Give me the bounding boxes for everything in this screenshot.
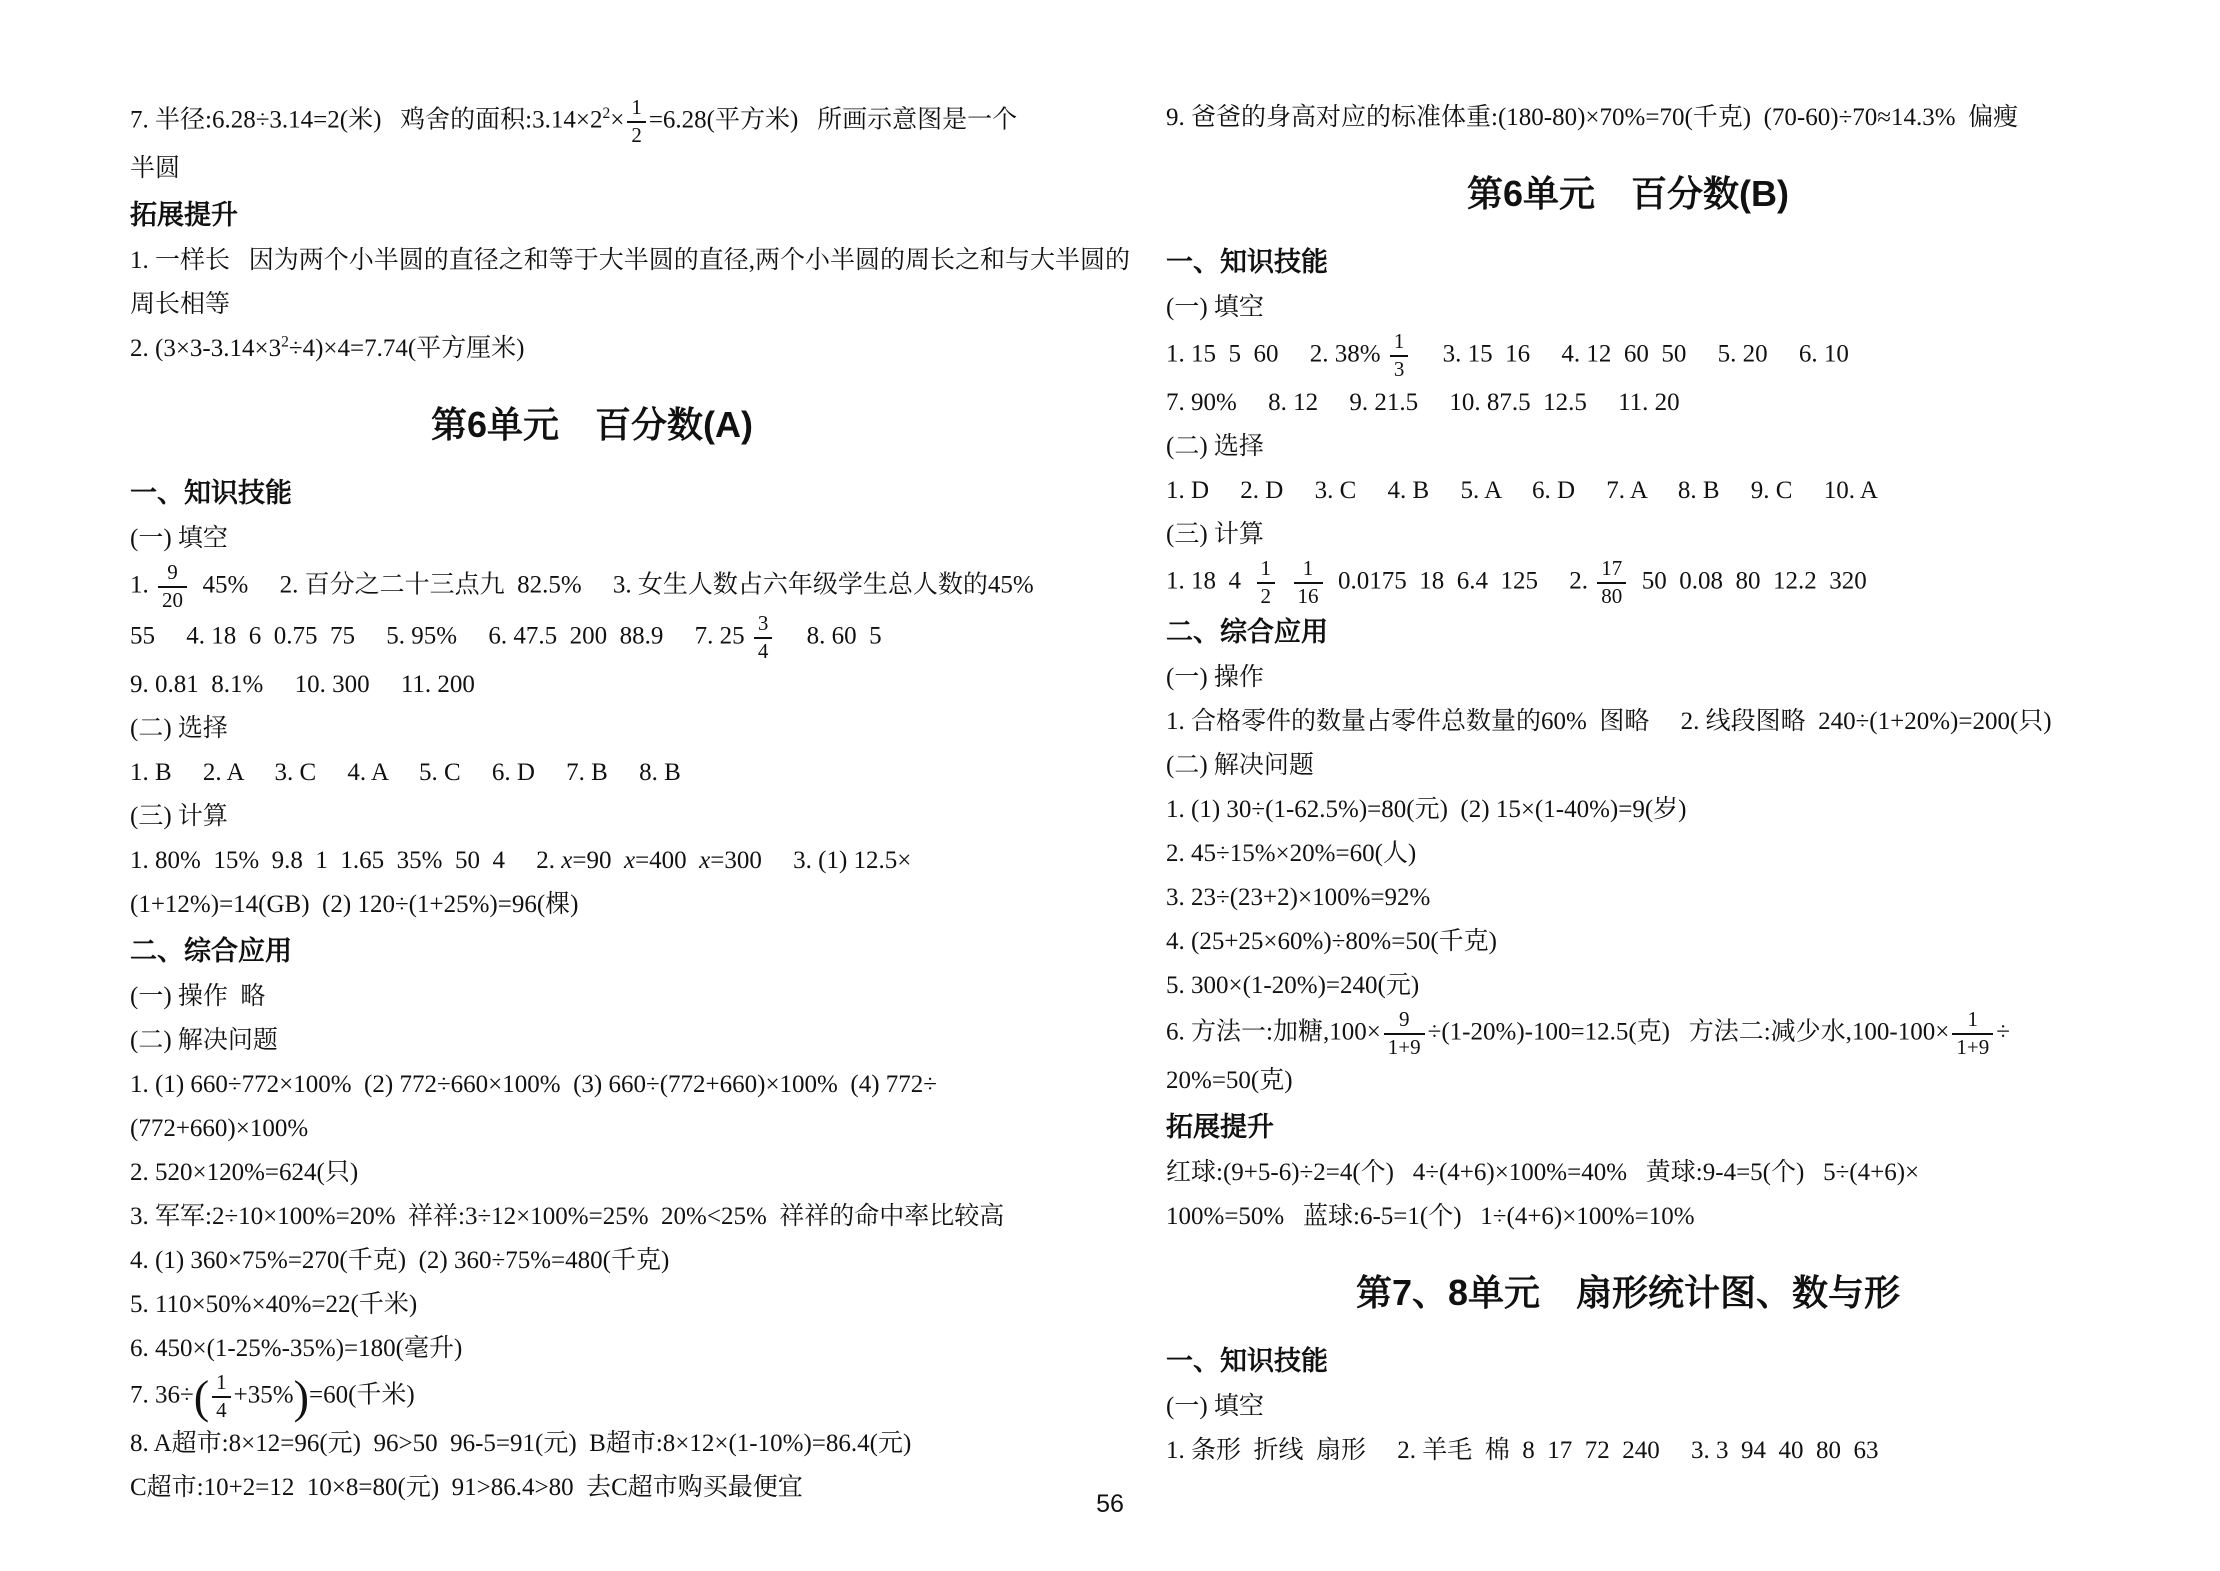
answer-line: 7. 半径:6.28÷3.14=2(米) 鸡舍的面积:3.14×22×12=6.… xyxy=(130,96,1054,147)
answer-line: 55 4. 18 6 0.75 75 5. 95% 6. 47.5 200 88… xyxy=(130,612,1054,663)
fraction-denominator: 3 xyxy=(1390,357,1409,382)
answer-line: 8. A超市:8×12=96(元) 96>50 96-5=91(元) B超市:8… xyxy=(130,1422,1054,1466)
superscript: 2 xyxy=(281,334,289,351)
section-heading: 一、知识技能 xyxy=(1166,238,2090,286)
fraction: 12 xyxy=(1257,557,1276,608)
page-number: 56 xyxy=(0,1490,2220,1519)
fraction-denominator: 2 xyxy=(627,123,646,148)
answer-line: (一) 填空 xyxy=(1166,1385,2090,1429)
answer-line: 1. D 2. D 3. C 4. B 5. A 6. D 7. A 8. B … xyxy=(1166,469,2090,513)
section-heading: 拓展提升 xyxy=(1166,1103,2090,1151)
answer-line: (三) 计算 xyxy=(130,795,1054,839)
left-column: 7. 半径:6.28÷3.14=2(米) 鸡舍的面积:3.14×22×12=6.… xyxy=(130,96,1054,1510)
answer-line: 1. 18 4 12 116 0.0175 18 6.4 125 2. 1780… xyxy=(1166,557,2090,608)
answer-line: (一) 填空 xyxy=(1166,286,2090,330)
fraction-denominator: 1+9 xyxy=(1952,1035,1993,1060)
math-variable: x xyxy=(699,847,710,874)
answer-line: 周长相等 xyxy=(130,283,1054,327)
answer-line: 2. 45÷15%×20%=60(人) xyxy=(1166,832,2090,876)
answer-line: 2. (3×3-3.14×32÷4)×4=7.74(平方厘米) xyxy=(130,327,1054,371)
fraction-numerator: 9 xyxy=(1384,1008,1425,1035)
big-parenthesis: ) xyxy=(294,1373,309,1424)
fraction-denominator: 1+9 xyxy=(1384,1035,1425,1060)
right-column: 9. 爸爸的身高对应的标准体重:(180-80)×70%=70(千克) (70-… xyxy=(1166,96,2090,1510)
answer-line: 5. 300×(1-20%)=240(元) xyxy=(1166,964,2090,1008)
answer-line: 5. 110×50%×40%=22(千米) xyxy=(130,1283,1054,1327)
answer-line: (一) 填空 xyxy=(130,517,1054,561)
answer-line: 1. 条形 折线 扇形 2. 羊毛 棉 8 17 72 240 3. 3 94 … xyxy=(1166,1429,2090,1473)
answer-line: 9. 爸爸的身高对应的标准体重:(180-80)×70%=70(千克) (70-… xyxy=(1166,96,2090,140)
fraction-denominator: 80 xyxy=(1597,584,1626,609)
answer-line: 3. 军军:2÷10×100%=20% 祥祥:3÷12×100%=25% 20%… xyxy=(130,1195,1054,1239)
two-column-layout: 7. 半径:6.28÷3.14=2(米) 鸡舍的面积:3.14×22×12=6.… xyxy=(0,0,2220,1510)
section-heading: 一、知识技能 xyxy=(130,469,1054,517)
answer-line: 1. (1) 30÷(1-62.5%)=80(元) (2) 15×(1-40%)… xyxy=(1166,788,2090,832)
answer-line: 2. 520×120%=624(只) xyxy=(130,1151,1054,1195)
fraction-numerator: 3 xyxy=(754,612,773,639)
fraction: 1780 xyxy=(1597,557,1626,608)
fraction-numerator: 1 xyxy=(1294,557,1323,584)
fraction: 34 xyxy=(754,612,773,663)
answer-line: 1. 一样长 因为两个小半圆的直径之和等于大半圆的直径,两个小半圆的周长之和与大… xyxy=(130,239,1054,283)
answer-line: (二) 解决问题 xyxy=(130,1019,1054,1063)
answer-line: (二) 选择 xyxy=(130,707,1054,751)
unit-title: 第7、8单元 扇形统计图、数与形 xyxy=(1166,1271,2090,1315)
fraction-denominator: 4 xyxy=(212,1398,231,1423)
answer-line: 4. (1) 360×75%=270(千克) (2) 360÷75%=480(千… xyxy=(130,1239,1054,1283)
fraction-numerator: 1 xyxy=(212,1371,231,1398)
fraction-numerator: 1 xyxy=(1952,1008,1993,1035)
fraction-numerator: 1 xyxy=(1390,330,1409,357)
section-heading: 一、知识技能 xyxy=(1166,1337,2090,1385)
fraction: 12 xyxy=(627,96,646,147)
answer-line: 9. 0.81 8.1% 10. 300 11. 200 xyxy=(130,663,1054,707)
answer-line: 6. 方法一:加糖,100×91+9÷(1-20%)-100=12.5(克) 方… xyxy=(1166,1008,2090,1059)
section-heading: 二、综合应用 xyxy=(1166,608,2090,656)
fraction: 13 xyxy=(1390,330,1409,381)
answer-line: 1. 920 45% 2. 百分之二十三点九 82.5% 3. 女生人数占六年级… xyxy=(130,561,1054,612)
answer-line: 1. B 2. A 3. C 4. A 5. C 6. D 7. B 8. B xyxy=(130,751,1054,795)
answer-line: (772+660)×100% xyxy=(130,1107,1054,1151)
answer-line: 3. 23÷(23+2)×100%=92% xyxy=(1166,876,2090,920)
answer-line: 半圆 xyxy=(130,147,1054,191)
answer-line: 1. (1) 660÷772×100% (2) 772÷660×100% (3)… xyxy=(130,1063,1054,1107)
math-variable: x xyxy=(561,847,572,874)
answer-line: 1. 80% 15% 9.8 1 1.65 35% 50 4 2. x=90 x… xyxy=(130,839,1054,883)
fraction-denominator: 2 xyxy=(1257,584,1276,609)
answer-line: 20%=50(克) xyxy=(1166,1059,2090,1103)
answer-line: 100%=50% 蓝球:6-5=1(个) 1÷(4+6)×100%=10% xyxy=(1166,1195,2090,1239)
fraction-numerator: 1 xyxy=(1257,557,1276,584)
big-parenthesis: ( xyxy=(194,1373,209,1424)
unit-title: 第6单元 百分数(B) xyxy=(1166,172,2090,216)
unit-title: 第6单元 百分数(A) xyxy=(130,403,1054,447)
answer-line: 红球:(9+5-6)÷2=4(个) 4÷(4+6)×100%=40% 黄球:9-… xyxy=(1166,1151,2090,1195)
superscript: 2 xyxy=(602,105,610,122)
fraction-numerator: 9 xyxy=(158,561,187,588)
math-variable: x xyxy=(624,847,635,874)
fraction: 920 xyxy=(158,561,187,612)
fraction-denominator: 16 xyxy=(1294,584,1323,609)
fraction: 116 xyxy=(1294,557,1323,608)
answer-line: (三) 计算 xyxy=(1166,513,2090,557)
fraction: 11+9 xyxy=(1952,1008,1993,1059)
fraction-denominator: 4 xyxy=(754,639,773,664)
answer-line: 6. 450×(1-25%-35%)=180(毫升) xyxy=(130,1327,1054,1371)
answer-line: 1. 合格零件的数量占零件总数量的60% 图略 2. 线段图略 240÷(1+2… xyxy=(1166,700,2090,744)
answer-line: 7. 90% 8. 12 9. 21.5 10. 87.5 12.5 11. 2… xyxy=(1166,381,2090,425)
answer-line: (二) 解决问题 xyxy=(1166,744,2090,788)
answer-line: 7. 36÷(14+35%)=60(千米) xyxy=(130,1371,1054,1422)
answer-line: 1. 15 5 60 2. 38% 13 3. 15 16 4. 12 60 5… xyxy=(1166,330,2090,381)
answer-line: (一) 操作 略 xyxy=(130,975,1054,1019)
answer-line: (二) 选择 xyxy=(1166,425,2090,469)
answer-line: (1+12%)=14(GB) (2) 120÷(1+25%)=96(棵) xyxy=(130,883,1054,927)
fraction-numerator: 1 xyxy=(627,96,646,123)
answer-line: 4. (25+25×60%)÷80%=50(千克) xyxy=(1166,920,2090,964)
fraction: 14 xyxy=(212,1371,231,1422)
section-heading: 二、综合应用 xyxy=(130,927,1054,975)
workbook-answer-page: 7. 半径:6.28÷3.14=2(米) 鸡舍的面积:3.14×22×12=6.… xyxy=(0,0,2220,1571)
fraction-denominator: 20 xyxy=(158,588,187,613)
answer-line: (一) 操作 xyxy=(1166,656,2090,700)
fraction-numerator: 17 xyxy=(1597,557,1626,584)
fraction: 91+9 xyxy=(1384,1008,1425,1059)
section-heading: 拓展提升 xyxy=(130,191,1054,239)
